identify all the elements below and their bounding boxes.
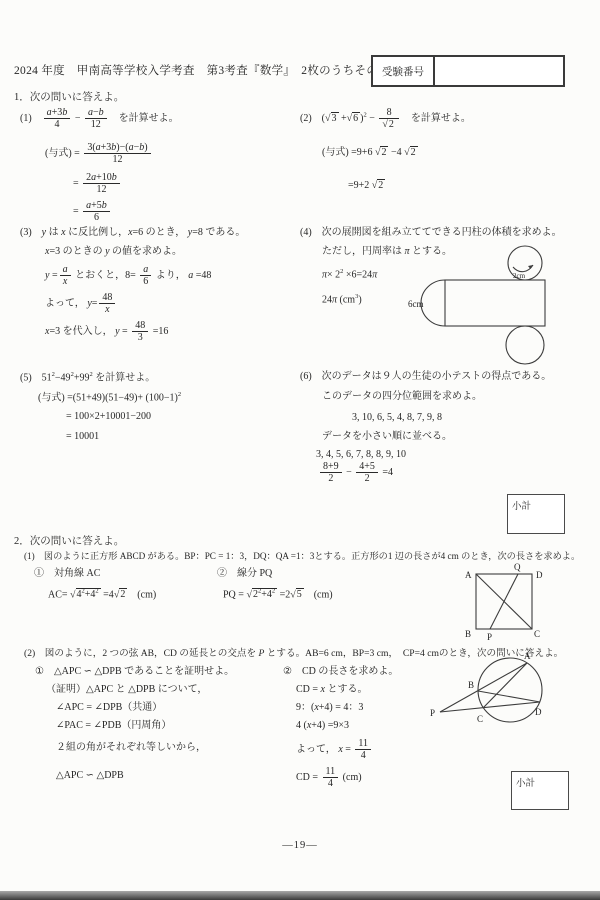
s2q1-sub2-answer: PQ = √22+42 =2√5 (cm): [223, 588, 333, 602]
q1-step: (与式) = 3(a+3b)−(a−b)12: [45, 142, 153, 165]
q4-step: π× 22 ×6=24π: [322, 268, 377, 282]
q1-prompt: (1) a+3b4 − a−b12 を計算せよ。: [20, 107, 179, 130]
subtotal-label: 小計: [516, 775, 535, 789]
examinee-number-label: 受験番号: [373, 57, 435, 85]
s2q2-calc: よって， x = 114: [296, 738, 373, 761]
s2q2-proof: △APC ∽ △DPB: [56, 770, 124, 783]
net-left-arc: [421, 280, 445, 326]
q4-answer: 24π (cm3): [322, 293, 362, 307]
s2q2-proof: ２組の角がそれぞれ等しいから，: [56, 742, 206, 755]
examinee-number-field: [435, 57, 563, 85]
s2q1-sub1-label: ① 対角線 AC: [34, 568, 100, 581]
q5-step: = 10001: [66, 431, 99, 444]
q3-prompt: (3) y は x に反比例し，x=6 のとき， y=8 である。: [20, 227, 245, 240]
circle-chords-figure: P B A C D: [428, 650, 600, 762]
net-height-label: 6cm: [408, 299, 424, 309]
label-p: P: [430, 708, 435, 718]
q2-step: =9+2 √2: [348, 180, 385, 193]
subtotal-label: 小計: [512, 498, 531, 512]
q6-data-values: 3, 10, 6, 5, 4, 8, 7, 9, 8: [352, 412, 442, 425]
examinee-number-box: 受験番号: [371, 55, 565, 87]
subtotal-box-2: 小計: [511, 771, 569, 810]
label-b: B: [465, 629, 471, 639]
s2q2-calc: CD = x とする。: [296, 684, 367, 697]
subtotal-box-1: 小計: [507, 494, 565, 534]
segment-pq: [490, 574, 518, 629]
q2-step: (与式) =9+6 √2 −4 √2: [322, 147, 418, 160]
s2q1-sub2-label: ② 線分 PQ: [217, 568, 272, 581]
label-p: P: [487, 632, 492, 642]
page-number: —19—: [0, 840, 600, 851]
label-b: B: [468, 680, 474, 690]
cylinder-net-figure: 2cm 6cm: [395, 243, 600, 373]
q6-note: データを小さい順に並べる。: [322, 431, 452, 444]
q3-prompt: x=3 のときの y の値を求めよ。: [45, 246, 182, 259]
circle: [478, 658, 542, 722]
label-c: C: [477, 714, 483, 724]
square-figure: A Q D B P C: [452, 558, 567, 646]
label-c: C: [534, 629, 540, 639]
q5-step: (与式) =(51+49)(51−49)+ (100−1)2: [38, 391, 181, 405]
q5-prompt: (5) 512−492+992 を計算せよ。: [20, 371, 155, 385]
q3-step: よって， y=48x: [45, 292, 117, 315]
section-1-heading: 1．次の問いに答えよ。: [14, 89, 124, 104]
s2q2-proof: （証明）△APC と △DPB について，: [46, 684, 207, 697]
s2q2-proof: ∠APC = ∠DPB（共通）: [56, 702, 162, 715]
s2q2-sub2-label: ② CD の長さを求めよ。: [283, 666, 398, 679]
q5-step: = 100×2+10001−200: [66, 411, 151, 424]
section-2-heading: 2．次の問いに答えよ。: [14, 533, 124, 548]
scan-edge: [0, 891, 600, 900]
q3-step: y =ax とおくと，8= a6 より， a =48: [45, 264, 211, 287]
q6-prompt: (6) 次のデータは９人の生徒の小テストの得点である。: [300, 371, 551, 384]
label-a: A: [465, 570, 472, 580]
s2q2-calc: 4 (x+4) =9×3: [296, 720, 349, 733]
q3-step: x=3 を代入し， y = 483 =16: [45, 320, 168, 343]
q2-prompt: (2) (√3 +√6)2 − 8√2 を計算せよ。: [300, 107, 471, 130]
net-radius-label: 2cm: [513, 272, 526, 280]
q4-prompt: (4) 次の展開図を組み立ててできる円柱の体積を求めよ。: [300, 227, 562, 240]
q6-calc: 8+92 − 4+52 =4: [318, 461, 393, 484]
chord-bd: [478, 691, 540, 702]
chord-ac: [483, 663, 527, 708]
s2q2-proof: ∠PAC = ∠PDB（円周角）: [56, 720, 171, 733]
page-title: 2024 年度 甲南高等学校入学考査 第3考査『数学』 2枚のうちその1: [14, 62, 384, 78]
q1-step: = a+5b6: [73, 200, 112, 223]
s2q2-calc: 9：(x+4) = 4：3: [296, 702, 363, 715]
net-rectangle: [445, 280, 545, 326]
q1-step: = 2a+10b12: [73, 172, 122, 195]
label-d: D: [536, 570, 543, 580]
label-q: Q: [514, 562, 521, 572]
net-bottom-circle: [506, 326, 544, 364]
q6-sorted-values: 3, 4, 5, 6, 7, 8, 8, 9, 10: [316, 449, 406, 462]
s2q1-sub1-answer: AC= √42+42 =4√2 (cm): [48, 588, 156, 602]
label-a: A: [524, 651, 531, 661]
q6-prompt: このデータの四分位範囲を求めよ。: [322, 391, 482, 404]
s2q2-sub1-label: ① △APC ∽ △DPB であることを証明せよ。: [35, 666, 234, 679]
label-d: D: [535, 707, 542, 717]
s2q2-calc: CD = 114 (cm): [296, 766, 362, 789]
exam-sheet: 2024 年度 甲南高等学校入学考査 第3考査『数学』 2枚のうちその1 受験番…: [0, 0, 600, 900]
